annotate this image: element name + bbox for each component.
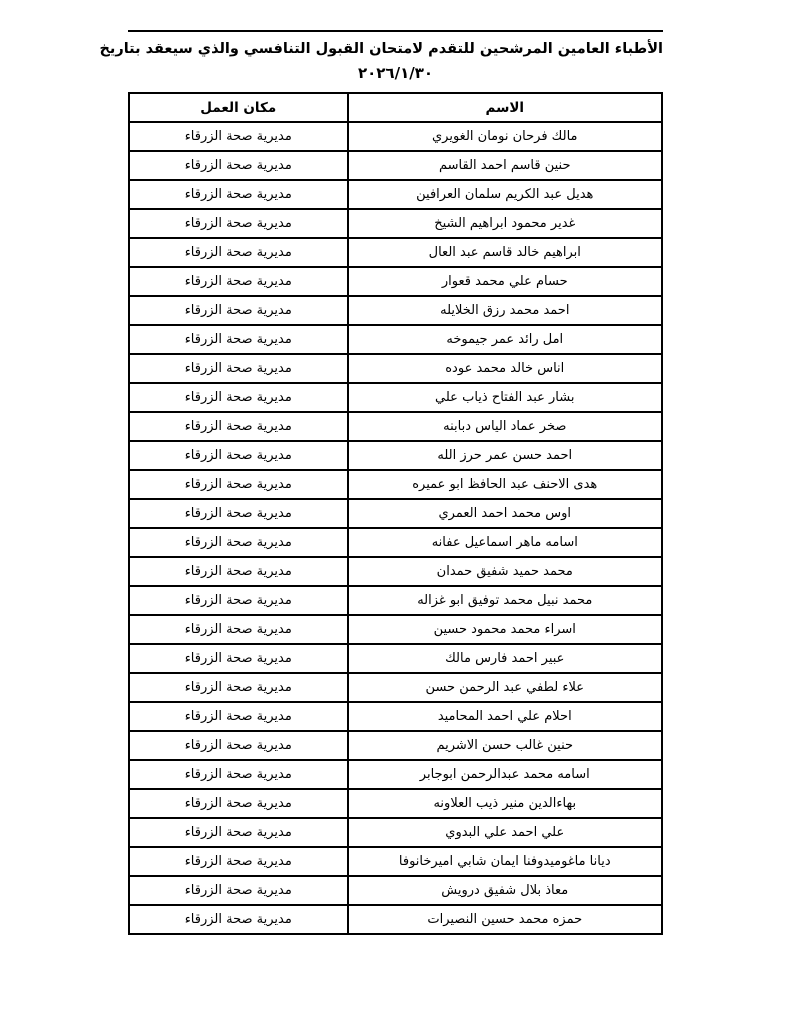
workplace-cell: مديرية صحة الزرقاء [129,499,348,528]
table-row: اسامه محمد عبدالرحمن ابوجابرمديرية صحة ا… [129,760,662,789]
workplace-cell: مديرية صحة الزرقاء [129,644,348,673]
document-page: الأطباء العامين المرشحين للتقدم لامتحان … [128,0,663,935]
table-row: بشار عبد الفتاح ذياب عليمديرية صحة الزرق… [129,383,662,412]
table-row: عبير احمد فارس مالكمديرية صحة الزرقاء [129,644,662,673]
candidate-name-cell: عبير احمد فارس مالك [348,644,662,673]
workplace-cell: مديرية صحة الزرقاء [129,586,348,615]
table-row: اسراء محمد محمود حسينمديرية صحة الزرقاء [129,615,662,644]
workplace-cell: مديرية صحة الزرقاء [129,905,348,934]
workplace-cell: مديرية صحة الزرقاء [129,383,348,412]
table-row: علي احمد علي البدويمديرية صحة الزرقاء [129,818,662,847]
workplace-cell: مديرية صحة الزرقاء [129,441,348,470]
candidate-name-cell: صخر عماد الياس دبابنه [348,412,662,441]
candidate-name-cell: ديانا ماغوميدوفنا ايمان شابي اميرخانوفا [348,847,662,876]
candidate-name-cell: احلام علي احمد المحاميد [348,702,662,731]
candidate-name-cell: اسامه ماهر اسماعيل عفانه [348,528,662,557]
table-body: مالك فرحان نومان الغويريمديرية صحة الزرق… [129,122,662,934]
table-row: محمد حميد شفيق حمدانمديرية صحة الزرقاء [129,557,662,586]
workplace-cell: مديرية صحة الزرقاء [129,209,348,238]
candidate-name-cell: مالك فرحان نومان الغويري [348,122,662,151]
table-row: احمد حسن عمر حرز اللهمديرية صحة الزرقاء [129,441,662,470]
candidate-name-cell: علي احمد علي البدوي [348,818,662,847]
table-row: محمد نبيل محمد توفيق ابو غزالهمديرية صحة… [129,586,662,615]
workplace-cell: مديرية صحة الزرقاء [129,818,348,847]
table-row: امل رائد عمر جيموخهمديرية صحة الزرقاء [129,325,662,354]
workplace-cell: مديرية صحة الزرقاء [129,151,348,180]
table-row: اوس محمد احمد العمريمديرية صحة الزرقاء [129,499,662,528]
table-row: علاء لطفي عبد الرحمن حسنمديرية صحة الزرق… [129,673,662,702]
candidate-name-cell: ابراهيم خالد قاسم عبد العال [348,238,662,267]
candidate-name-cell: غدير محمود ابراهيم الشيخ [348,209,662,238]
table-row: حسام علي محمد قعوارمديرية صحة الزرقاء [129,267,662,296]
table-row: معاذ بلال شفيق درويشمديرية صحة الزرقاء [129,876,662,905]
table-row: اسامه ماهر اسماعيل عفانهمديرية صحة الزرق… [129,528,662,557]
candidate-name-cell: هدى الاحنف عبد الحافظ ابو عميره [348,470,662,499]
header-divider [128,30,663,32]
candidate-name-cell: بشار عبد الفتاح ذياب علي [348,383,662,412]
candidate-name-cell: احمد حسن عمر حرز الله [348,441,662,470]
candidate-name-cell: اناس خالد محمد عوده [348,354,662,383]
table-row: حنين غالب حسن الاشريممديرية صحة الزرقاء [129,731,662,760]
candidate-name-cell: علاء لطفي عبد الرحمن حسن [348,673,662,702]
candidate-name-cell: حنين غالب حسن الاشريم [348,731,662,760]
workplace-cell: مديرية صحة الزرقاء [129,470,348,499]
candidate-name-cell: اسراء محمد محمود حسين [348,615,662,644]
table-row: غدير محمود ابراهيم الشيخمديرية صحة الزرق… [129,209,662,238]
candidate-name-cell: حسام علي محمد قعوار [348,267,662,296]
workplace-column-header: مكان العمل [129,93,348,122]
candidates-table: الاسم مكان العمل مالك فرحان نومان الغوير… [128,92,663,935]
candidate-name-cell: هديل عبد الكريم سلمان العرافين [348,180,662,209]
document-title: الأطباء العامين المرشحين للتقدم لامتحان … [128,37,663,61]
candidate-name-cell: بهاءالدين منير ذيب العلاونه [348,789,662,818]
workplace-cell: مديرية صحة الزرقاء [129,557,348,586]
table-row: هديل عبد الكريم سلمان العرافينمديرية صحة… [129,180,662,209]
table-row: اناس خالد محمد عودهمديرية صحة الزرقاء [129,354,662,383]
workplace-cell: مديرية صحة الزرقاء [129,267,348,296]
candidate-name-cell: حنين قاسم احمد القاسم [348,151,662,180]
workplace-cell: مديرية صحة الزرقاء [129,122,348,151]
table-row: ابراهيم خالد قاسم عبد العالمديرية صحة ال… [129,238,662,267]
candidate-name-cell: محمد حميد شفيق حمدان [348,557,662,586]
workplace-cell: مديرية صحة الزرقاء [129,847,348,876]
table-row: مالك فرحان نومان الغويريمديرية صحة الزرق… [129,122,662,151]
name-column-header: الاسم [348,93,662,122]
candidate-name-cell: اسامه محمد عبدالرحمن ابوجابر [348,760,662,789]
workplace-cell: مديرية صحة الزرقاء [129,876,348,905]
table-row: احمد محمد رزق الخلايلهمديرية صحة الزرقاء [129,296,662,325]
workplace-cell: مديرية صحة الزرقاء [129,702,348,731]
workplace-cell: مديرية صحة الزرقاء [129,789,348,818]
workplace-cell: مديرية صحة الزرقاء [129,238,348,267]
workplace-cell: مديرية صحة الزرقاء [129,296,348,325]
candidate-name-cell: محمد نبيل محمد توفيق ابو غزاله [348,586,662,615]
table-row: حمزه محمد حسين النصيراتمديرية صحة الزرقا… [129,905,662,934]
workplace-cell: مديرية صحة الزرقاء [129,325,348,354]
table-row: بهاءالدين منير ذيب العلاونهمديرية صحة ال… [129,789,662,818]
table-row: احلام علي احمد المحاميدمديرية صحة الزرقا… [129,702,662,731]
workplace-cell: مديرية صحة الزرقاء [129,731,348,760]
candidate-name-cell: حمزه محمد حسين النصيرات [348,905,662,934]
candidate-name-cell: معاذ بلال شفيق درويش [348,876,662,905]
table-header-row: الاسم مكان العمل [129,93,662,122]
table-row: حنين قاسم احمد القاسممديرية صحة الزرقاء [129,151,662,180]
workplace-cell: مديرية صحة الزرقاء [129,412,348,441]
candidate-name-cell: امل رائد عمر جيموخه [348,325,662,354]
workplace-cell: مديرية صحة الزرقاء [129,673,348,702]
table-row: صخر عماد الياس دبابنهمديرية صحة الزرقاء [129,412,662,441]
workplace-cell: مديرية صحة الزرقاء [129,760,348,789]
candidate-name-cell: احمد محمد رزق الخلايله [348,296,662,325]
workplace-cell: مديرية صحة الزرقاء [129,528,348,557]
workplace-cell: مديرية صحة الزرقاء [129,615,348,644]
candidate-name-cell: اوس محمد احمد العمري [348,499,662,528]
document-date: ٢٠٢٦/١/٣٠ [128,61,663,85]
table-row: ديانا ماغوميدوفنا ايمان شابي اميرخانوفام… [129,847,662,876]
table-row: هدى الاحنف عبد الحافظ ابو عميرهمديرية صح… [129,470,662,499]
workplace-cell: مديرية صحة الزرقاء [129,354,348,383]
workplace-cell: مديرية صحة الزرقاء [129,180,348,209]
